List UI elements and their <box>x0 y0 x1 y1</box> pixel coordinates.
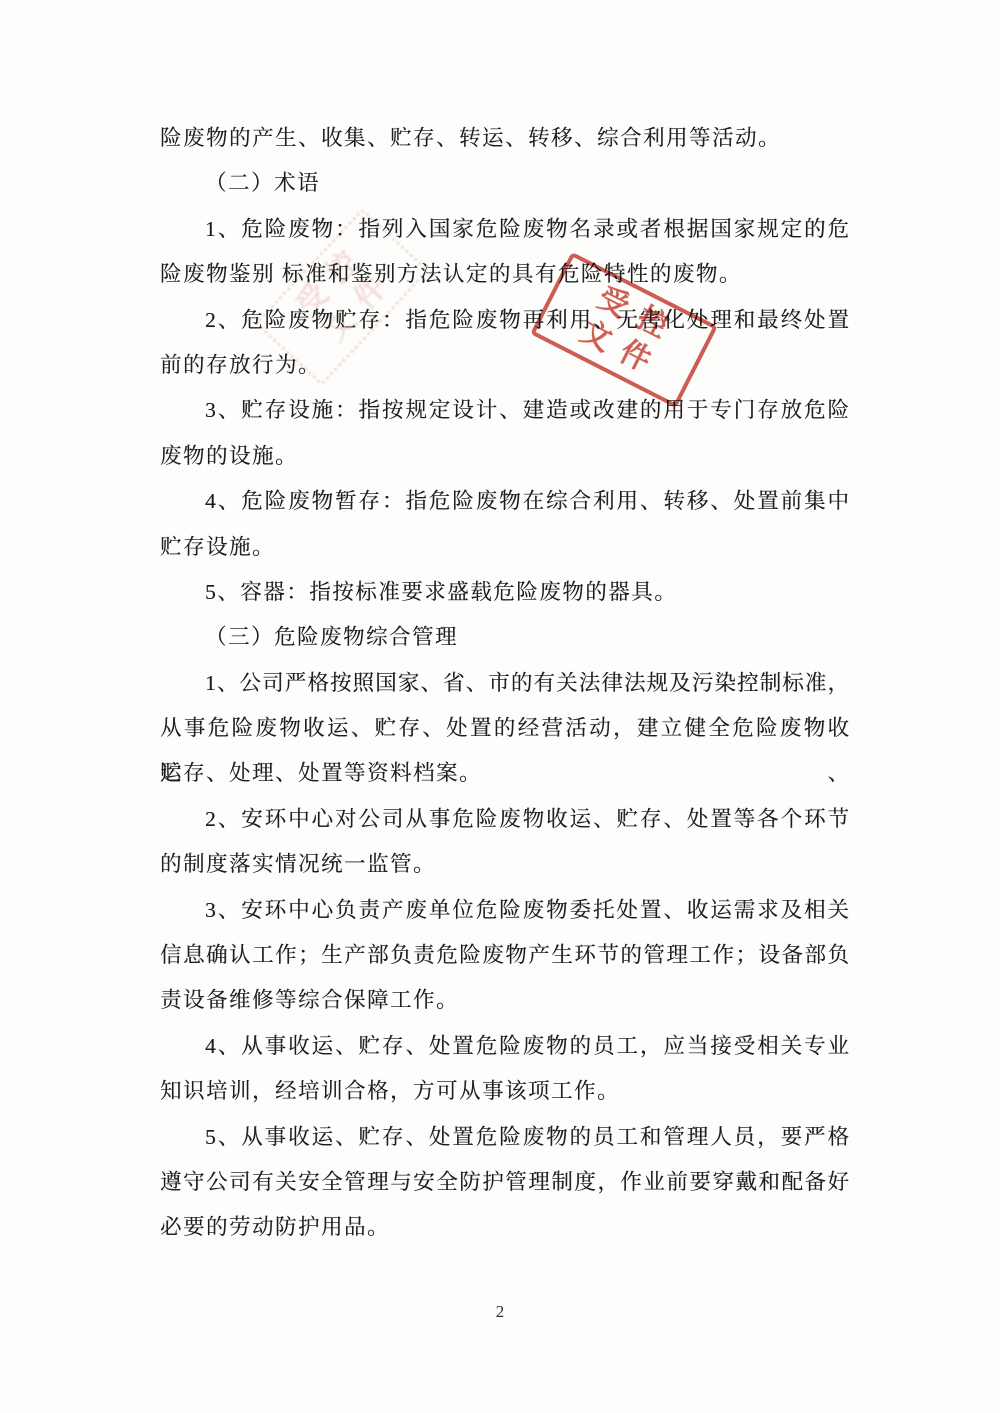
text-line: 废物的设施。 <box>160 434 850 479</box>
document-body: 险废物的产生、收集、贮存、转运、转移、综合利用等活动。（二）术语1、危险废物：指… <box>160 116 850 1251</box>
text-line: 从事危险废物收运、贮存、处置的经营活动，建立健全危险废物收运、 <box>160 706 850 751</box>
text-line: 贮存设施。 <box>160 525 850 570</box>
text-line: 险废物鉴别 标准和鉴别方法认定的具有危险特性的废物。 <box>160 252 850 297</box>
text-line: 2、危险废物贮存：指危险废物再利用、无害化处理和最终处置 <box>160 298 850 343</box>
document-page: 受控 文件 险废物的产生、收集、贮存、转运、转移、综合利用等活动。（二）术语1、… <box>0 0 1000 1413</box>
text-line: 5、容器：指按标准要求盛载危险废物的器具。 <box>160 570 850 615</box>
text-line: 1、危险废物：指列入国家危险废物名录或者根据国家规定的危 <box>160 207 850 252</box>
text-line: 4、从事收运、贮存、处置危险废物的员工，应当接受相关专业 <box>160 1024 850 1069</box>
page-number: 2 <box>0 1302 1000 1322</box>
text-line: 遵守公司有关安全管理与安全防护管理制度，作业前要穿戴和配备好 <box>160 1160 850 1205</box>
text-line: 必要的劳动防护用品。 <box>160 1205 850 1250</box>
text-line: 知识培训，经培训合格，方可从事该项工作。 <box>160 1069 850 1114</box>
text-line: 5、从事收运、贮存、处置危险废物的员工和管理人员，要严格 <box>160 1115 850 1160</box>
text-line: 4、危险废物暂存：指危险废物在综合利用、转移、处置前集中 <box>160 479 850 524</box>
text-line: 3、贮存设施：指按规定设计、建造或改建的用于专门存放危险 <box>160 388 850 433</box>
text-line: （二）术语 <box>160 161 850 206</box>
text-line: 责设备维修等综合保障工作。 <box>160 978 850 1023</box>
text-line: 2、安环中心对公司从事危险废物收运、贮存、处置等各个环节 <box>160 797 850 842</box>
text-line: （三）危险废物综合管理 <box>160 615 850 660</box>
text-line: 3、安环中心负责产废单位危险废物委托处置、收运需求及相关 <box>160 888 850 933</box>
text-line: 信息确认工作；生产部负责危险废物产生环节的管理工作；设备部负 <box>160 933 850 978</box>
text-line: 险废物的产生、收集、贮存、转运、转移、综合利用等活动。 <box>160 116 850 161</box>
text-line: 前的存放行为。 <box>160 343 850 388</box>
text-line: 的制度落实情况统一监管。 <box>160 842 850 887</box>
text-line: 1、公司严格按照国家、省、市的有关法律法规及污染控制标准， <box>160 661 850 706</box>
